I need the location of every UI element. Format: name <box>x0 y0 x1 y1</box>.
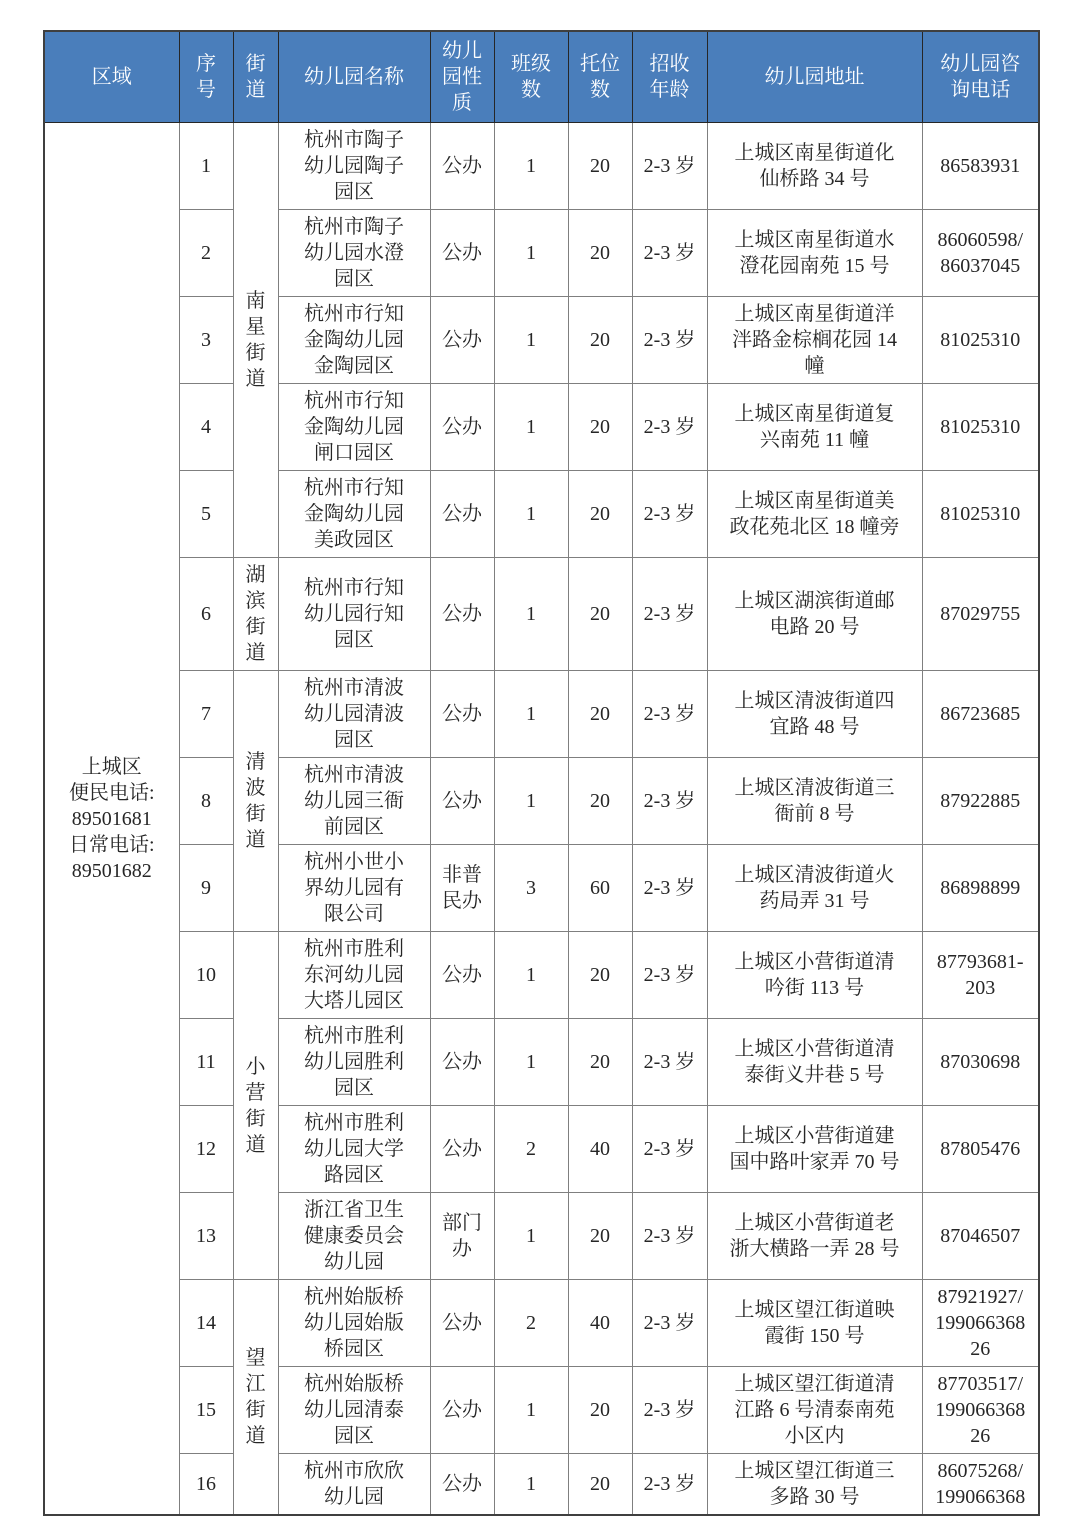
table-body: 上城区 便民电话: 89501681 日常电话: 895016821南星街道杭州… <box>44 123 1039 1516</box>
cell-type: 公办 <box>430 123 494 210</box>
cell-slots: 20 <box>568 1193 632 1280</box>
cell-type: 公办 <box>430 932 494 1019</box>
cell-kindergarten-name: 杭州市行知 幼儿园行知 园区 <box>278 558 430 671</box>
cell-type: 公办 <box>430 671 494 758</box>
cell-classes: 1 <box>494 384 568 471</box>
cell-slots: 40 <box>568 1106 632 1193</box>
region-cell: 上城区 便民电话: 89501681 日常电话: 89501682 <box>44 123 179 1516</box>
header-phone: 幼儿园咨 询电话 <box>922 31 1039 123</box>
cell-number: 13 <box>179 1193 233 1280</box>
kindergarten-table: 区域 序 号 街 道 幼儿园名称 幼儿 园性 质 班级 数 托位 数 招收 年龄… <box>43 30 1040 1516</box>
cell-address: 上城区南星街道复 兴南苑 11 幢 <box>707 384 922 471</box>
cell-address: 上城区望江街道三 多路 30 号 <box>707 1454 922 1516</box>
cell-phone: 86583931 <box>922 123 1039 210</box>
table-row: 14望江街道杭州始版桥 幼儿园始版 桥园区公办2402-3 岁上城区望江街道映 … <box>44 1280 1039 1367</box>
cell-slots: 60 <box>568 845 632 932</box>
header-region: 区域 <box>44 31 179 123</box>
cell-type: 公办 <box>430 1280 494 1367</box>
table-row: 4杭州市行知 金陶幼儿园 闸口园区公办1202-3 岁上城区南星街道复 兴南苑 … <box>44 384 1039 471</box>
cell-classes: 1 <box>494 1454 568 1516</box>
cell-slots: 20 <box>568 1019 632 1106</box>
cell-kindergarten-name: 杭州始版桥 幼儿园始版 桥园区 <box>278 1280 430 1367</box>
cell-kindergarten-name: 杭州市胜利 幼儿园大学 路园区 <box>278 1106 430 1193</box>
cell-age: 2-3 岁 <box>632 210 707 297</box>
street-cell: 小营街道 <box>233 932 278 1280</box>
cell-phone: 87703517/ 199066368 26 <box>922 1367 1039 1454</box>
cell-phone: 87030698 <box>922 1019 1039 1106</box>
cell-slots: 20 <box>568 123 632 210</box>
cell-kindergarten-name: 杭州市陶子 幼儿园水澄 园区 <box>278 210 430 297</box>
cell-slots: 40 <box>568 1280 632 1367</box>
cell-address: 上城区小营街道清 泰街义井巷 5 号 <box>707 1019 922 1106</box>
cell-type: 公办 <box>430 384 494 471</box>
cell-type: 公办 <box>430 758 494 845</box>
cell-address: 上城区望江街道映 霞街 150 号 <box>707 1280 922 1367</box>
cell-type: 公办 <box>430 1454 494 1516</box>
cell-phone: 86723685 <box>922 671 1039 758</box>
cell-phone: 81025310 <box>922 297 1039 384</box>
table-row: 10小营街道杭州市胜利 东河幼儿园 大塔儿园区公办1202-3 岁上城区小营街道… <box>44 932 1039 1019</box>
header-row: 区域 序 号 街 道 幼儿园名称 幼儿 园性 质 班级 数 托位 数 招收 年龄… <box>44 31 1039 123</box>
cell-number: 4 <box>179 384 233 471</box>
header-type: 幼儿 园性 质 <box>430 31 494 123</box>
cell-slots: 20 <box>568 1367 632 1454</box>
table-row: 3杭州市行知 金陶幼儿园 金陶园区公办1202-3 岁上城区南星街道洋 泮路金棕… <box>44 297 1039 384</box>
street-cell: 湖滨街道 <box>233 558 278 671</box>
cell-classes: 1 <box>494 1193 568 1280</box>
cell-address: 上城区望江街道清 江路 6 号清泰南苑 小区内 <box>707 1367 922 1454</box>
cell-classes: 1 <box>494 123 568 210</box>
cell-phone: 86075268/ 199066368 <box>922 1454 1039 1516</box>
cell-number: 16 <box>179 1454 233 1516</box>
cell-slots: 20 <box>568 471 632 558</box>
cell-number: 15 <box>179 1367 233 1454</box>
cell-type: 部门 办 <box>430 1193 494 1280</box>
cell-number: 7 <box>179 671 233 758</box>
cell-phone: 87805476 <box>922 1106 1039 1193</box>
header-slots: 托位 数 <box>568 31 632 123</box>
cell-age: 2-3 岁 <box>632 1367 707 1454</box>
cell-classes: 1 <box>494 471 568 558</box>
cell-kindergarten-name: 杭州市行知 金陶幼儿园 闸口园区 <box>278 384 430 471</box>
cell-slots: 20 <box>568 210 632 297</box>
cell-type: 公办 <box>430 1367 494 1454</box>
table-row: 15杭州始版桥 幼儿园清泰 园区公办1202-3 岁上城区望江街道清 江路 6 … <box>44 1367 1039 1454</box>
table-header: 区域 序 号 街 道 幼儿园名称 幼儿 园性 质 班级 数 托位 数 招收 年龄… <box>44 31 1039 123</box>
table-row: 11杭州市胜利 幼儿园胜利 园区公办1202-3 岁上城区小营街道清 泰街义井巷… <box>44 1019 1039 1106</box>
cell-number: 8 <box>179 758 233 845</box>
cell-classes: 2 <box>494 1106 568 1193</box>
header-number: 序 号 <box>179 31 233 123</box>
cell-address: 上城区南星街道水 澄花园南苑 15 号 <box>707 210 922 297</box>
cell-address: 上城区清波街道三 衙前 8 号 <box>707 758 922 845</box>
table-row: 13浙江省卫生 健康委员会 幼儿园部门 办1202-3 岁上城区小营街道老 浙大… <box>44 1193 1039 1280</box>
table-row: 9杭州小世小 界幼儿园有 限公司非普 民办3602-3 岁上城区清波街道火 药局… <box>44 845 1039 932</box>
header-street: 街 道 <box>233 31 278 123</box>
cell-number: 14 <box>179 1280 233 1367</box>
cell-phone: 87029755 <box>922 558 1039 671</box>
cell-type: 公办 <box>430 297 494 384</box>
cell-kindergarten-name: 杭州市胜利 东河幼儿园 大塔儿园区 <box>278 932 430 1019</box>
header-age: 招收 年龄 <box>632 31 707 123</box>
cell-slots: 20 <box>568 297 632 384</box>
cell-age: 2-3 岁 <box>632 1280 707 1367</box>
cell-phone: 81025310 <box>922 384 1039 471</box>
cell-classes: 1 <box>494 1019 568 1106</box>
cell-number: 6 <box>179 558 233 671</box>
header-classes: 班级 数 <box>494 31 568 123</box>
cell-kindergarten-name: 浙江省卫生 健康委员会 幼儿园 <box>278 1193 430 1280</box>
cell-address: 上城区南星街道洋 泮路金棕榈花园 14 幢 <box>707 297 922 384</box>
cell-phone: 86060598/ 86037045 <box>922 210 1039 297</box>
cell-classes: 2 <box>494 1280 568 1367</box>
cell-age: 2-3 岁 <box>632 123 707 210</box>
cell-address: 上城区小营街道清 吟街 113 号 <box>707 932 922 1019</box>
cell-age: 2-3 岁 <box>632 297 707 384</box>
cell-type: 公办 <box>430 1019 494 1106</box>
cell-phone: 87046507 <box>922 1193 1039 1280</box>
cell-address: 上城区小营街道老 浙大横路一弄 28 号 <box>707 1193 922 1280</box>
table-row: 6湖滨街道杭州市行知 幼儿园行知 园区公办1202-3 岁上城区湖滨街道邮 电路… <box>44 558 1039 671</box>
cell-age: 2-3 岁 <box>632 671 707 758</box>
cell-number: 10 <box>179 932 233 1019</box>
street-cell: 清波街道 <box>233 671 278 932</box>
cell-classes: 3 <box>494 845 568 932</box>
cell-address: 上城区湖滨街道邮 电路 20 号 <box>707 558 922 671</box>
cell-kindergarten-name: 杭州市清波 幼儿园清波 园区 <box>278 671 430 758</box>
cell-type: 非普 民办 <box>430 845 494 932</box>
cell-kindergarten-name: 杭州小世小 界幼儿园有 限公司 <box>278 845 430 932</box>
cell-phone: 81025310 <box>922 471 1039 558</box>
cell-age: 2-3 岁 <box>632 1193 707 1280</box>
cell-age: 2-3 岁 <box>632 471 707 558</box>
cell-age: 2-3 岁 <box>632 932 707 1019</box>
cell-phone: 87921927/ 199066368 26 <box>922 1280 1039 1367</box>
header-address: 幼儿园地址 <box>707 31 922 123</box>
cell-age: 2-3 岁 <box>632 1019 707 1106</box>
street-cell: 南星街道 <box>233 123 278 558</box>
cell-slots: 20 <box>568 558 632 671</box>
cell-slots: 20 <box>568 758 632 845</box>
document-page: 区域 序 号 街 道 幼儿园名称 幼儿 园性 质 班级 数 托位 数 招收 年龄… <box>0 0 1080 1528</box>
cell-classes: 1 <box>494 671 568 758</box>
cell-classes: 1 <box>494 1367 568 1454</box>
cell-kindergarten-name: 杭州市欣欣 幼儿园 <box>278 1454 430 1516</box>
cell-age: 2-3 岁 <box>632 1106 707 1193</box>
cell-classes: 1 <box>494 558 568 671</box>
cell-age: 2-3 岁 <box>632 384 707 471</box>
cell-address: 上城区小营街道建 国中路叶家弄 70 号 <box>707 1106 922 1193</box>
table-row: 16杭州市欣欣 幼儿园公办1202-3 岁上城区望江街道三 多路 30 号860… <box>44 1454 1039 1516</box>
cell-classes: 1 <box>494 297 568 384</box>
cell-number: 11 <box>179 1019 233 1106</box>
cell-number: 12 <box>179 1106 233 1193</box>
cell-number: 3 <box>179 297 233 384</box>
cell-type: 公办 <box>430 471 494 558</box>
cell-age: 2-3 岁 <box>632 1454 707 1516</box>
table-row: 上城区 便民电话: 89501681 日常电话: 895016821南星街道杭州… <box>44 123 1039 210</box>
cell-number: 9 <box>179 845 233 932</box>
cell-kindergarten-name: 杭州市清波 幼儿园三衙 前园区 <box>278 758 430 845</box>
cell-classes: 1 <box>494 932 568 1019</box>
cell-age: 2-3 岁 <box>632 845 707 932</box>
cell-slots: 20 <box>568 1454 632 1516</box>
cell-kindergarten-name: 杭州始版桥 幼儿园清泰 园区 <box>278 1367 430 1454</box>
cell-age: 2-3 岁 <box>632 558 707 671</box>
cell-number: 5 <box>179 471 233 558</box>
cell-address: 上城区清波街道火 药局弄 31 号 <box>707 845 922 932</box>
table-row: 7清波街道杭州市清波 幼儿园清波 园区公办1202-3 岁上城区清波街道四 宜路… <box>44 671 1039 758</box>
cell-slots: 20 <box>568 671 632 758</box>
cell-address: 上城区南星街道化 仙桥路 34 号 <box>707 123 922 210</box>
table-row: 5杭州市行知 金陶幼儿园 美政园区公办1202-3 岁上城区南星街道美 政花苑北… <box>44 471 1039 558</box>
table-row: 2杭州市陶子 幼儿园水澄 园区公办1202-3 岁上城区南星街道水 澄花园南苑 … <box>44 210 1039 297</box>
cell-phone: 87793681- 203 <box>922 932 1039 1019</box>
table-row: 8杭州市清波 幼儿园三衙 前园区公办1202-3 岁上城区清波街道三 衙前 8 … <box>44 758 1039 845</box>
table-row: 12杭州市胜利 幼儿园大学 路园区公办2402-3 岁上城区小营街道建 国中路叶… <box>44 1106 1039 1193</box>
header-name: 幼儿园名称 <box>278 31 430 123</box>
cell-age: 2-3 岁 <box>632 758 707 845</box>
cell-type: 公办 <box>430 558 494 671</box>
cell-kindergarten-name: 杭州市行知 金陶幼儿园 美政园区 <box>278 471 430 558</box>
cell-slots: 20 <box>568 932 632 1019</box>
cell-kindergarten-name: 杭州市行知 金陶幼儿园 金陶园区 <box>278 297 430 384</box>
cell-number: 1 <box>179 123 233 210</box>
cell-slots: 20 <box>568 384 632 471</box>
cell-type: 公办 <box>430 1106 494 1193</box>
cell-classes: 1 <box>494 758 568 845</box>
cell-address: 上城区南星街道美 政花苑北区 18 幢旁 <box>707 471 922 558</box>
cell-phone: 87922885 <box>922 758 1039 845</box>
cell-type: 公办 <box>430 210 494 297</box>
street-cell: 望江街道 <box>233 1280 278 1516</box>
cell-kindergarten-name: 杭州市胜利 幼儿园胜利 园区 <box>278 1019 430 1106</box>
cell-number: 2 <box>179 210 233 297</box>
cell-address: 上城区清波街道四 宜路 48 号 <box>707 671 922 758</box>
cell-phone: 86898899 <box>922 845 1039 932</box>
cell-kindergarten-name: 杭州市陶子 幼儿园陶子 园区 <box>278 123 430 210</box>
cell-classes: 1 <box>494 210 568 297</box>
